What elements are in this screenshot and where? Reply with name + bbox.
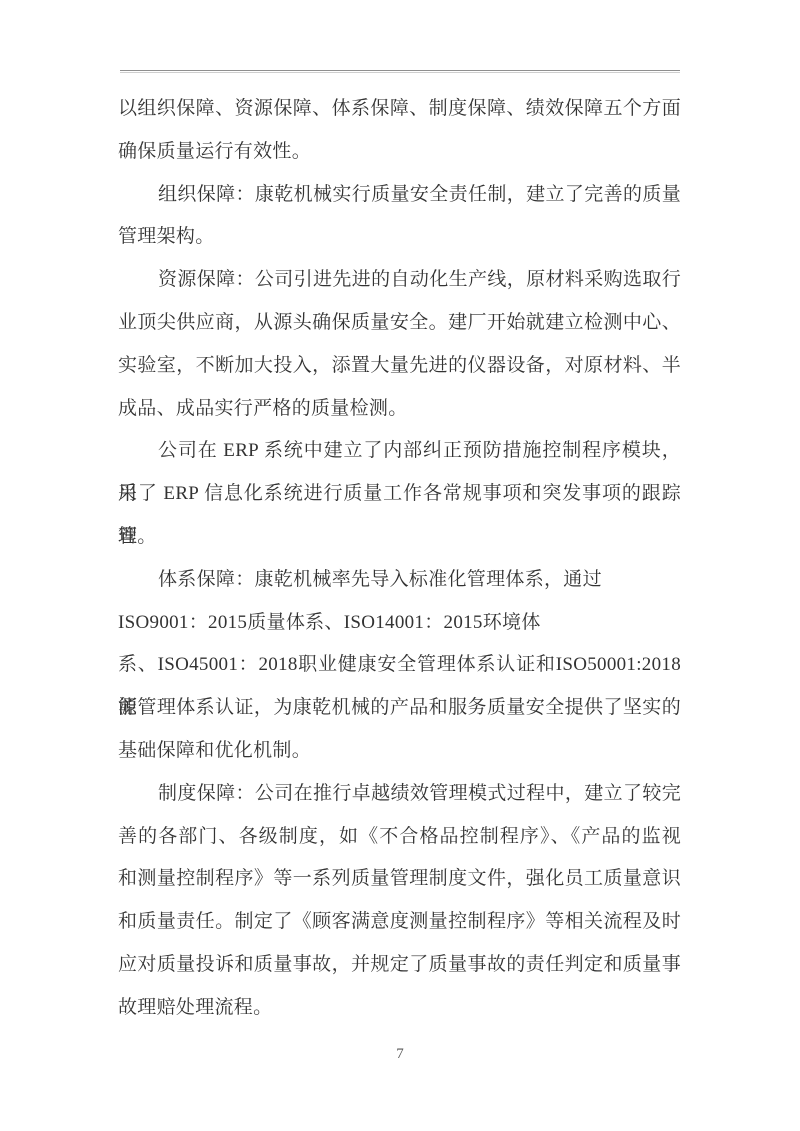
text-line: 系、ISO45001：2018职业健康安全管理体系认证和ISO50001:201…	[118, 644, 681, 687]
text-line: 管理架构。	[118, 216, 681, 259]
text-line: 公司在 ERP 系统中建立了内部纠正预防措施控制程序模块，采	[118, 430, 681, 473]
text-line: 善的各部门、各级制度，如《不合格品控制程序》、《产品的监视	[118, 816, 681, 859]
header-rule	[120, 70, 680, 73]
paragraph: 资源保障：公司引进先进的自动化生产线，原材料采购选取行业顶尖供应商，从源头确保质…	[118, 259, 681, 430]
paragraph: 制度保障：公司在推行卓越绩效管理模式过程中，建立了较完善的各部门、各级制度，如《…	[118, 773, 681, 1030]
paragraph: 以组织保障、资源保障、体系保障、制度保障、绩效保障五个方面确保质量运行有效性。	[118, 88, 681, 174]
text-line: 成品、成品实行严格的质量检测。	[118, 388, 681, 431]
text-line: 故理赔处理流程。	[118, 987, 681, 1030]
text-line: 源管理体系认证，为康乾机械的产品和服务质量安全提供了坚实的	[118, 687, 681, 730]
text-line: 以组织保障、资源保障、体系保障、制度保障、绩效保障五个方面	[118, 88, 681, 131]
text-line: 基础保障和优化机制。	[118, 730, 681, 773]
text-line: 制度保障：公司在推行卓越绩效管理模式过程中，建立了较完	[118, 773, 681, 816]
document-body: 以组织保障、资源保障、体系保障、制度保障、绩效保障五个方面确保质量运行有效性。组…	[118, 88, 681, 1030]
text-line: 理。	[118, 516, 681, 559]
page-number: 7	[0, 1044, 800, 1064]
text-line: 实验室，不断加大投入，添置大量先进的仪器设备，对原材料、半	[118, 345, 681, 388]
text-line: 用了 ERP 信息化系统进行质量工作各常规事项和突发事项的跟踪管	[118, 473, 681, 516]
text-line: 资源保障：公司引进先进的自动化生产线，原材料采购选取行	[118, 259, 681, 302]
text-line: 业顶尖供应商，从源头确保质量安全。建厂开始就建立检测中心、	[118, 302, 681, 345]
text-line: 和质量责任。制定了《顾客满意度测量控制程序》等相关流程及时	[118, 901, 681, 944]
text-line: 确保质量运行有效性。	[118, 131, 681, 174]
text-line: 和测量控制程序》等一系列质量管理制度文件，强化员工质量意识	[118, 858, 681, 901]
text-line: 组织保障：康乾机械实行质量安全责任制，建立了完善的质量	[118, 174, 681, 217]
text-line: 应对质量投诉和质量事故，并规定了质量事故的责任判定和质量事	[118, 944, 681, 987]
paragraph: 体系保障：康乾机械率先导入标准化管理体系，通过ISO9001：2015质量体系、…	[118, 559, 681, 773]
text-line: 体系保障：康乾机械率先导入标准化管理体系，通过	[118, 559, 681, 602]
paragraph: 组织保障：康乾机械实行质量安全责任制，建立了完善的质量管理架构。	[118, 174, 681, 260]
paragraph: 公司在 ERP 系统中建立了内部纠正预防措施控制程序模块，采用了 ERP 信息化…	[118, 430, 681, 558]
document-page: 以组织保障、资源保障、体系保障、制度保障、绩效保障五个方面确保质量运行有效性。组…	[0, 0, 800, 1131]
text-line: ISO9001：2015质量体系、ISO14001：2015环境体	[118, 602, 681, 645]
